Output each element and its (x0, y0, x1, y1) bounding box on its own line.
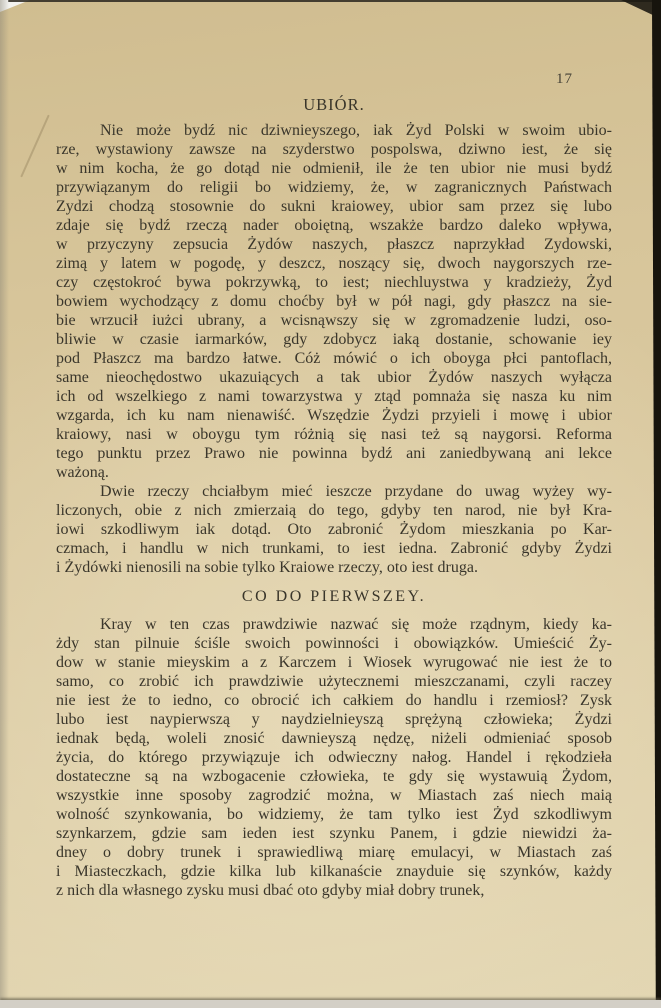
text-line: bliwie w czasie iarmarków, gdy zdobycz i… (56, 330, 612, 349)
text-line: wolność szynkowania, bo widziemy, że tam… (56, 805, 612, 824)
text-line: Dwie rzeczy chciałbym mieć ieszcze przyd… (56, 482, 612, 501)
text-line: żdy stan pilnuie ściśle swoich powinnośc… (56, 634, 612, 653)
section-heading-co-do-pierwszey: CO DO PIERWSZEY. (56, 587, 612, 606)
text-line: przywiązanym do religii bo widziemy, że,… (56, 178, 612, 197)
text-line: i Miasteczkach, gdzie kilka lub kilkanaś… (56, 862, 612, 881)
paper-crease (20, 115, 49, 178)
text-line: pod Płaszcz ma bardzo łatwe. Cóż mówić o… (56, 349, 612, 368)
paragraph-1: Nie może bydź nic dziwnieyszego, iak Żyd… (56, 121, 612, 482)
text-line: Kray w ten czas prawdziwie nazwać się mo… (56, 615, 612, 634)
text-line: dostateczne są na wzbogacenie człowieka,… (56, 767, 612, 786)
text-line: zimą y latem w pogodę, y deszcz, noszący… (56, 254, 612, 273)
scan-edge-left (0, 0, 9, 1008)
text-line: Zydzi chodzą stosownie do sukni kraiowey… (56, 197, 612, 216)
paragraph-3: Kray w ten czas prawdziwie nazwać się mo… (56, 615, 612, 900)
text-line: szynkarzem, gdzie sam ieden iest szynku … (56, 824, 612, 843)
text-line: z nich dla własnego zysku musi dbać oto … (56, 881, 612, 900)
text-line: ważoną. (56, 463, 612, 482)
text-line: Nie może bydź nic dziwnieyszego, iak Żyd… (56, 121, 612, 140)
text-line: zdaje się bydź rzeczą nader oboiętną, ws… (56, 216, 612, 235)
text-line: dow w stanie mieyskim a z Karczem i Wios… (56, 653, 612, 672)
text-line: tego punktu przez Prawo nie powinna bydź… (56, 444, 612, 463)
text-line: kraiowy, nasi w oboygu tym różnią się na… (56, 425, 612, 444)
text-line: samo, co zrobić ich prawdziwie użyteczne… (56, 672, 612, 691)
text-line: iednak będą, woleli znosić dawnieyszą nę… (56, 729, 612, 748)
text-line: czmach, i handlu w nich trunkami, to ies… (56, 539, 612, 558)
text-line: bowiem wychodzący z domu choćby był w pó… (56, 292, 612, 311)
text-line: dney o dobry trunek i sprawiedliwą miarę… (56, 843, 612, 862)
text-line: i Żydówki nienosili na sobie tylko Kraio… (56, 558, 612, 577)
paragraph-2: Dwie rzeczy chciałbym mieć ieszcze przyd… (56, 482, 612, 577)
text-line: czy częstokroć bywa pokrzywką, to iest; … (56, 273, 612, 292)
text-line: wzgarda, ich ku nam nienawiść. Wszędzie … (56, 406, 612, 425)
text-line: iowi szkodliwym iak dotąd. Oto zabronić … (56, 520, 612, 539)
section-heading-ubior: UBIÓR. (56, 95, 612, 114)
text-line: same nieochędostwo ukazuiących a tak ubi… (56, 368, 612, 387)
text-line: nie iest że to iedno, co obrocić ich cał… (56, 691, 612, 710)
page-number: 17 (556, 71, 573, 88)
book-page-paper: 17 UBIÓR. Nie może bydź nic dziwnieyszeg… (0, 0, 661, 1008)
text-line: wszystkie inne sposoby zagrodzić można, … (56, 786, 612, 805)
text-line: rze, wystawiony zawsze na szyderstwo pos… (56, 140, 612, 159)
text-line: liczonych, obie z nich zmierzaią do tego… (56, 501, 612, 520)
text-line: w przyczyny zepsucia Żydów naszych, płas… (56, 235, 612, 254)
scan-edge-top (8, 0, 654, 2)
text-line: w nim kocha, że go dotąd nie odmienił, i… (56, 159, 612, 178)
text-line: lubo iest naypierwszą y naydzielnieyszą … (56, 710, 612, 729)
text-line: ich od wszelkiego z nami towarzystwa y z… (56, 387, 612, 406)
page-content: UBIÓR. Nie może bydź nic dziwnieyszego, … (56, 95, 612, 900)
text-line: bie wrzucił iużci ubrany, a wcisnąwszy s… (56, 311, 612, 330)
scan-edge-bottom (0, 1000, 661, 1008)
text-line: życia, do którego przywiązuje ich odwiec… (56, 748, 612, 767)
